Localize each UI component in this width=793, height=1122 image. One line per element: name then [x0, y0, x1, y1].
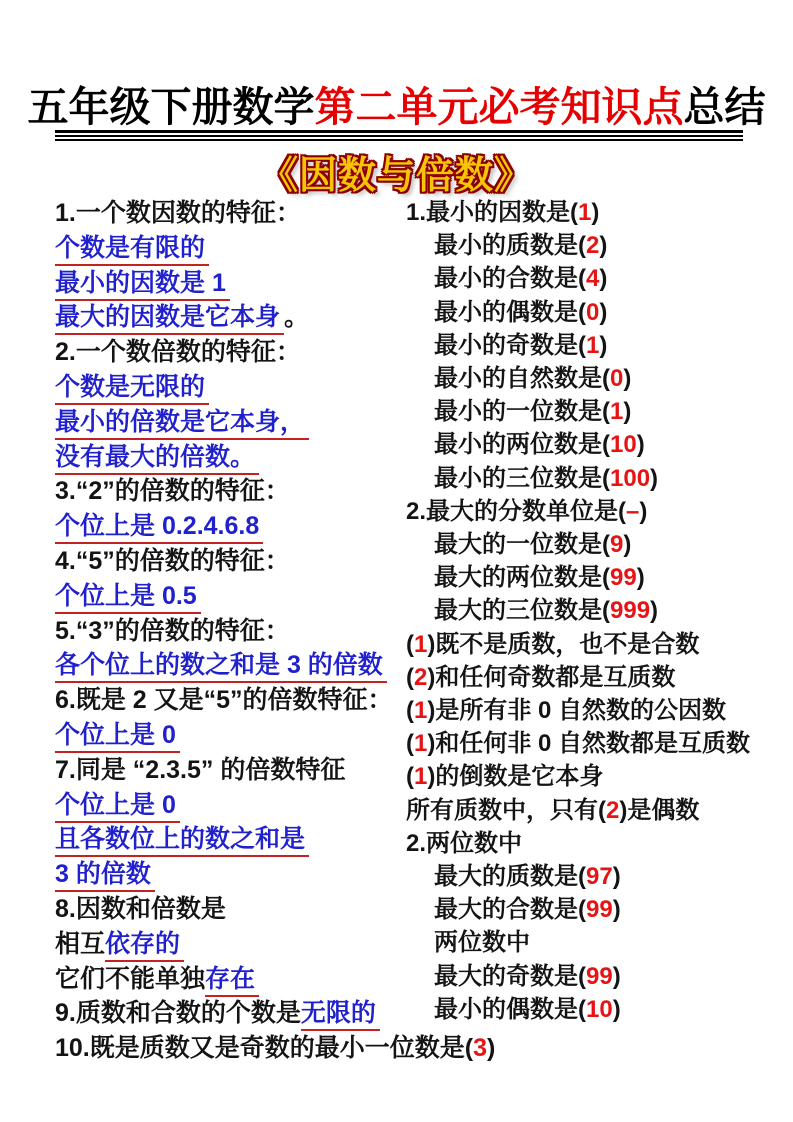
text-segment: 最大的一位数是(	[434, 531, 610, 558]
answer-number: 0	[610, 365, 623, 392]
text-line: 8.因数和倍数是	[55, 892, 405, 927]
divider-line-thin	[55, 139, 743, 141]
text-segment: 最小的两位数是(	[434, 431, 610, 458]
underlined-answer-text: 各个位上的数之和是 3 的倍数	[55, 651, 387, 683]
underlined-answer-text: 依存的	[105, 930, 184, 962]
text-segment: )	[613, 896, 621, 923]
underlined-answer-text: 个位上是 0	[55, 791, 180, 823]
text-segment: (	[406, 631, 414, 658]
text-segment: 6.既是 2 又是“5”的倍数特征：	[55, 686, 393, 714]
text-line: 最小的因数是 1	[55, 266, 405, 301]
text-segment: )既不是质数，也不是合数	[427, 631, 699, 658]
text-line: 两位数中	[406, 926, 790, 959]
text-line: 个位上是 0.5	[55, 579, 405, 614]
text-line: 9.质数和合数的个数是无限的	[55, 996, 405, 1031]
text-segment: 最大的质数是(	[434, 863, 586, 890]
underlined-answer-text: 没有最大的倍数。	[55, 443, 259, 475]
answer-number: 999	[610, 597, 650, 624]
underlined-answer-text: 存在	[205, 965, 259, 997]
text-line: 最小的自然数是(0)	[406, 362, 790, 395]
text-line: 10.既是质数又是奇数的最小一位数是(3)	[55, 1031, 405, 1066]
text-line: 2.一个数倍数的特征：	[55, 335, 405, 370]
title-segment: 总结	[684, 84, 766, 130]
answer-number: 9	[610, 531, 623, 558]
text-segment: 最大的三位数是(	[434, 597, 610, 624]
text-segment: 8.因数和倍数是	[55, 895, 226, 923]
underlined-answer-text: 个数是有限的	[55, 234, 209, 266]
underlined-answer-text: 3 的倍数	[55, 860, 155, 892]
text-segment: 4.“5”的倍数的特征：	[55, 547, 290, 575]
text-segment: 5.“3”的倍数的特征：	[55, 617, 290, 645]
text-line: (1)的倒数是它本身	[406, 760, 790, 793]
answer-number: 0	[586, 299, 599, 326]
answer-number: 2	[414, 664, 427, 691]
text-segment: )是偶数	[619, 797, 699, 824]
text-segment: )	[599, 232, 607, 259]
title-divider	[55, 130, 743, 141]
text-segment: 最小的三位数是(	[434, 465, 610, 492]
text-segment: 相互	[55, 930, 105, 958]
text-line: 3 的倍数	[55, 857, 405, 892]
text-line: 7.同是 “2.3.5” 的倍数特征	[55, 753, 405, 788]
text-line: 最小的奇数是(1)	[406, 329, 790, 362]
text-line: (2)和任何奇数都是互质数	[406, 661, 790, 694]
text-segment: 最小的质数是(	[434, 232, 586, 259]
text-line: 各个位上的数之和是 3 的倍数	[55, 648, 405, 683]
text-line: 所有质数中，只有(2)是偶数	[406, 794, 790, 827]
text-segment: 1.最小的因数是(	[406, 199, 578, 226]
divider-line-thick	[55, 130, 743, 133]
page-title: 五年级下册数学第二单元必考知识点总结	[0, 74, 793, 133]
text-line: 相互依存的	[55, 927, 405, 962]
text-segment: 最小的合数是(	[434, 265, 586, 292]
text-segment: (	[406, 730, 414, 757]
answer-number: 1	[414, 697, 427, 724]
text-segment: 最小的偶数是(	[434, 996, 586, 1023]
underlined-answer-text: 最小的倍数是它本身，	[55, 408, 309, 440]
text-line: 个位上是 0	[55, 718, 405, 753]
text-segment: 2.一个数倍数的特征：	[55, 338, 301, 366]
text-line: 个位上是 0	[55, 788, 405, 823]
text-segment: )	[650, 465, 658, 492]
text-line: 个位上是 0.2.4.6.8	[55, 509, 405, 544]
text-segment: )	[613, 863, 621, 890]
text-segment: )	[639, 498, 647, 525]
answer-number: 99	[586, 896, 613, 923]
text-line: 6.既是 2 又是“5”的倍数特征：	[55, 683, 405, 718]
text-segment: 2.最大的分数单位是(	[406, 498, 626, 525]
text-segment: )	[623, 398, 631, 425]
text-segment: 10.既是质数又是奇数的最小一位数是(	[55, 1034, 473, 1062]
underlined-answer-text: 个位上是 0	[55, 721, 180, 753]
title-segment: 五年级下册数学	[28, 84, 315, 130]
underlined-answer-text: 个位上是 0.2.4.6.8	[55, 512, 263, 544]
text-segment: 最小的一位数是(	[434, 398, 610, 425]
text-line: (1)是所有非 0 自然数的公因数	[406, 694, 790, 727]
text-segment: )和任何奇数都是互质数	[427, 664, 675, 691]
underlined-answer-text: 且各数位上的数之和是	[55, 825, 309, 857]
answer-number: 100	[610, 465, 650, 492]
text-line: 最大的奇数是(99)	[406, 960, 790, 993]
text-line: 1.一个数因数的特征：	[55, 196, 405, 231]
underlined-answer-text: 最大的因数是它本身	[55, 303, 284, 335]
answer-number: 1	[414, 730, 427, 757]
underlined-answer-text: 最小的因数是 1	[55, 269, 230, 301]
answer-number: 99	[610, 564, 637, 591]
underlined-answer-text: 无限的	[301, 999, 380, 1031]
answer-number: 99	[586, 963, 613, 990]
text-segment: 最小的奇数是(	[434, 332, 586, 359]
text-segment: 最大的奇数是(	[434, 963, 586, 990]
text-line: 个数是有限的	[55, 231, 405, 266]
text-line: (1)和任何非 0 自然数都是互质数	[406, 727, 790, 760]
answer-number: 1	[414, 763, 427, 790]
text-segment: )	[599, 332, 607, 359]
answer-number: –	[626, 498, 639, 525]
text-line: 最大的因数是它本身。	[55, 300, 405, 335]
text-segment: )	[637, 564, 645, 591]
text-segment: )	[613, 996, 621, 1023]
text-line: 3.“2”的倍数的特征：	[55, 474, 405, 509]
answer-number: 1	[414, 631, 427, 658]
text-segment: 最大的合数是(	[434, 896, 586, 923]
text-segment: )	[591, 199, 599, 226]
text-segment: 3.“2”的倍数的特征：	[55, 477, 290, 505]
text-segment: )	[623, 365, 631, 392]
text-segment: )	[650, 597, 658, 624]
text-segment: 最小的自然数是(	[434, 365, 610, 392]
text-line: 最小的质数是(2)	[406, 229, 790, 262]
answer-number: 1	[586, 332, 599, 359]
text-line: 5.“3”的倍数的特征：	[55, 614, 405, 649]
text-line: 最小的三位数是(100)	[406, 462, 790, 495]
text-segment: )是所有非 0 自然数的公因数	[427, 697, 726, 724]
text-segment: 7.同是 “2.3.5” 的倍数特征	[55, 756, 345, 784]
text-line: 没有最大的倍数。	[55, 440, 405, 475]
text-line: 最小的偶数是(0)	[406, 296, 790, 329]
text-line: 最大的合数是(99)	[406, 893, 790, 926]
answer-number: 10	[586, 996, 613, 1023]
underlined-answer-text: 个数是无限的	[55, 373, 209, 405]
text-segment: 2.两位数中	[406, 830, 522, 857]
answer-number: 2	[606, 797, 619, 824]
text-segment: )	[599, 299, 607, 326]
text-segment: 两位数中	[434, 929, 530, 956]
text-segment: )	[613, 963, 621, 990]
answer-number: 97	[586, 863, 613, 890]
text-segment: )	[623, 531, 631, 558]
text-line: 最小的两位数是(10)	[406, 428, 790, 461]
text-line: 最大的三位数是(999)	[406, 594, 790, 627]
text-line: 最小的一位数是(1)	[406, 395, 790, 428]
text-segment: )的倒数是它本身	[427, 763, 603, 790]
text-segment: 9.质数和合数的个数是	[55, 999, 301, 1027]
answer-number: 3	[473, 1034, 487, 1062]
text-segment: )	[637, 431, 645, 458]
left-column: 1.一个数因数的特征：个数是有限的最小的因数是 1最大的因数是它本身。2.一个数…	[55, 196, 405, 1066]
underlined-answer-text: 个位上是 0.5	[55, 582, 201, 614]
answer-number: 4	[586, 265, 599, 292]
text-line: 1.最小的因数是(1)	[406, 196, 790, 229]
text-line: 最大的质数是(97)	[406, 860, 790, 893]
text-segment: )	[599, 265, 607, 292]
title-segment: 第二单元必考知识点	[315, 84, 684, 130]
text-segment: )	[487, 1034, 495, 1062]
text-line: 最小的倍数是它本身，	[55, 405, 405, 440]
text-line: (1)既不是质数，也不是合数	[406, 628, 790, 661]
section-subtitle: 《因数与倍数》	[0, 144, 793, 199]
text-line: 2.最大的分数单位是(–)	[406, 495, 790, 528]
text-segment: 它们不能单独	[55, 965, 205, 993]
text-line: 2.两位数中	[406, 827, 790, 860]
answer-number: 2	[586, 232, 599, 259]
right-column: 1.最小的因数是(1)最小的质数是(2)最小的合数是(4)最小的偶数是(0)最小…	[406, 196, 790, 1026]
text-line: 最小的偶数是(10)	[406, 993, 790, 1026]
text-line: 最小的合数是(4)	[406, 262, 790, 295]
text-segment: 最小的偶数是(	[434, 299, 586, 326]
answer-number: 1	[610, 398, 623, 425]
text-line: 最大的一位数是(9)	[406, 528, 790, 561]
text-segment: 最大的两位数是(	[434, 564, 610, 591]
text-line: 它们不能单独存在	[55, 962, 405, 997]
text-segment: 1.一个数因数的特征：	[55, 199, 301, 227]
text-segment: (	[406, 697, 414, 724]
answer-number: 10	[610, 431, 637, 458]
text-segment: (	[406, 664, 414, 691]
text-segment: 所有质数中，只有(	[406, 797, 606, 824]
text-segment: 。	[284, 303, 309, 331]
text-line: 个数是无限的	[55, 370, 405, 405]
text-segment: )和任何非 0 自然数都是互质数	[427, 730, 750, 757]
text-line: 且各数位上的数之和是	[55, 822, 405, 857]
text-line: 最大的两位数是(99)	[406, 561, 790, 594]
divider-line-thin	[55, 135, 743, 137]
text-segment: (	[406, 763, 414, 790]
text-line: 4.“5”的倍数的特征：	[55, 544, 405, 579]
answer-number: 1	[578, 199, 591, 226]
